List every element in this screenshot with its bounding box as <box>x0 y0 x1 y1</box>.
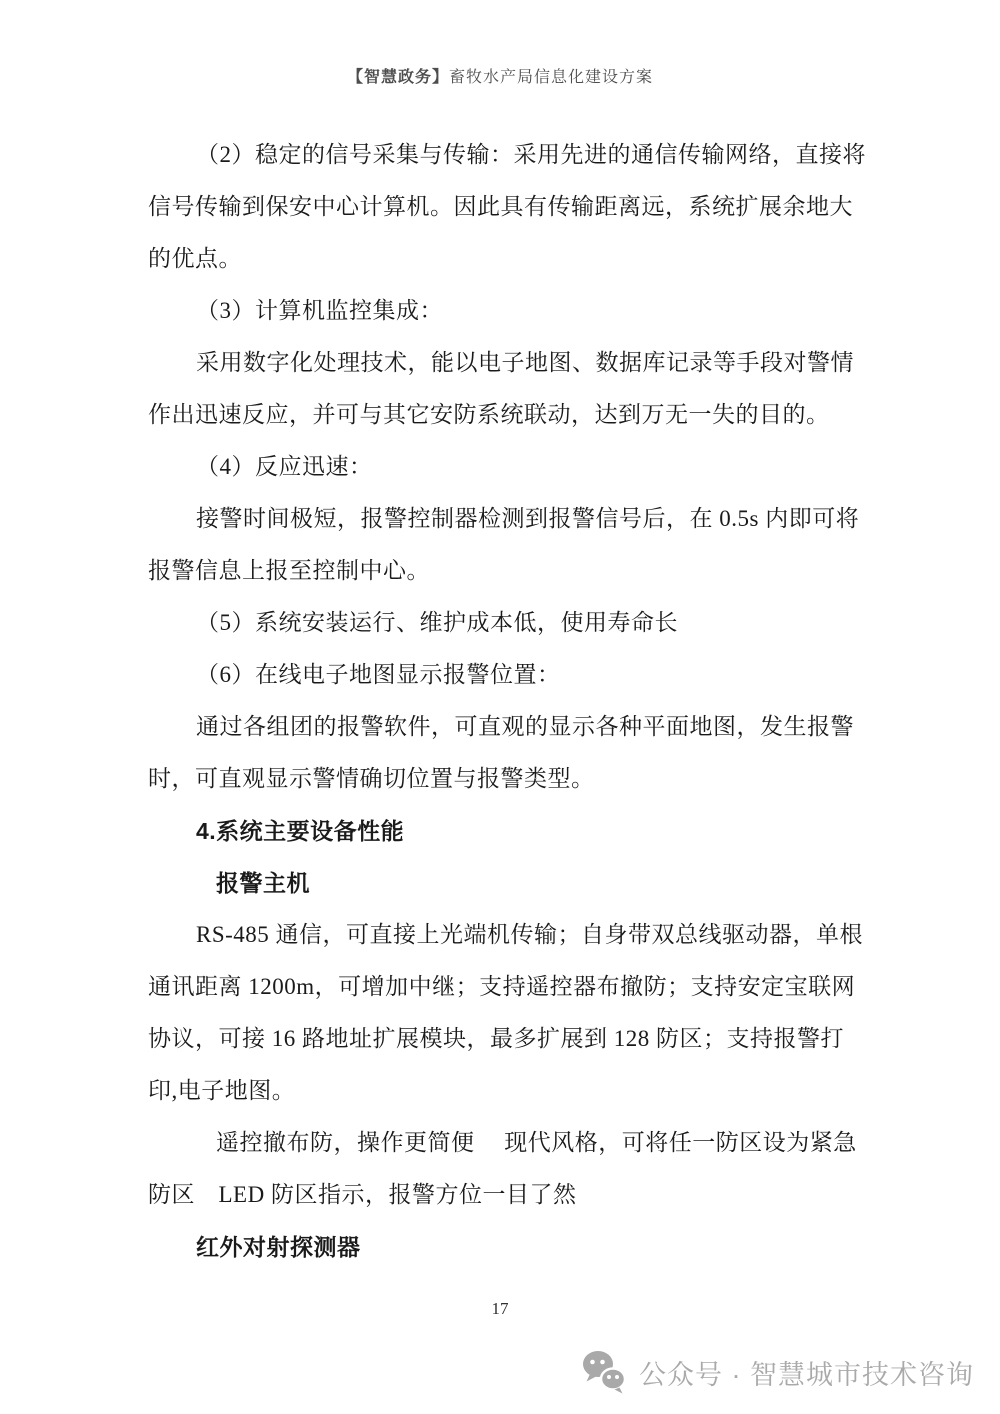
text-line: 信号传输到保安中心计算机。因此具有传输距离远，系统扩展余地大 <box>148 181 878 233</box>
text-line: 遥控撤布防，操作更简便 现代风格，可将任一防区设为紧急 <box>148 1117 878 1169</box>
header-title: 畜牧水产局信息化建设方案 <box>449 69 653 86</box>
text-line: 报警信息上报至控制中心。 <box>148 545 878 597</box>
wechat-watermark: 公众号 · 智慧城市技术咨询 <box>581 1348 974 1396</box>
subsection-heading: 报警主机 <box>148 857 878 909</box>
text-line: （3）计算机监控集成： <box>148 285 878 337</box>
text-line: 接警时间极短，报警控制器检测到报警信号后，在 0.5s 内即可将 <box>148 493 878 545</box>
text-line: （4）反应迅速： <box>148 441 878 493</box>
page-number: 17 <box>0 1299 1000 1319</box>
text-line: 防区 LED 防区指示，报警方位一目了然 <box>148 1169 878 1221</box>
text-line: RS-485 通信，可直接上光端机传输；自身带双总线驱动器，单根 <box>148 909 878 961</box>
document-page: 【智慧政务】畜牧水产局信息化建设方案 （2）稳定的信号采集与传输：采用先进的通信… <box>0 0 1000 1414</box>
text-line: 时，可直观显示警情确切位置与报警类型。 <box>148 753 878 805</box>
document-body: （2）稳定的信号采集与传输：采用先进的通信传输网络，直接将 信号传输到保安中心计… <box>148 129 878 1273</box>
text-line: 采用数字化处理技术，能以电子地图、数据库记录等手段对警情 <box>148 337 878 389</box>
text-line: 通讯距离 1200m，可增加中继；支持遥控器布撤防；支持安定宝联网 <box>148 961 878 1013</box>
header-tag: 【智慧政务】 <box>347 69 449 86</box>
text-line: （2）稳定的信号采集与传输：采用先进的通信传输网络，直接将 <box>148 129 878 181</box>
text-line: （6）在线电子地图显示报警位置： <box>148 649 878 701</box>
page-header: 【智慧政务】畜牧水产局信息化建设方案 <box>0 64 1000 87</box>
text-line: 的优点。 <box>148 233 878 285</box>
wechat-icon <box>581 1350 627 1394</box>
text-line: 协议，可接 16 路地址扩展模块，最多扩展到 128 防区；支持报警打 <box>148 1013 878 1065</box>
text-line: （5）系统安装运行、维护成本低，使用寿命长 <box>148 597 878 649</box>
text-line: 印,电子地图。 <box>148 1065 878 1117</box>
subsection-heading: 红外对射探测器 <box>148 1221 878 1273</box>
text-line: 作出迅速反应，并可与其它安防系统联动，达到万无一失的目的。 <box>148 389 878 441</box>
text-line: 通过各组团的报警软件，可直观的显示各种平面地图，发生报警 <box>148 701 878 753</box>
section-heading: 4.系统主要设备性能 <box>148 805 878 857</box>
wechat-account-label: 公众号 · 智慧城市技术咨询 <box>639 1353 974 1392</box>
